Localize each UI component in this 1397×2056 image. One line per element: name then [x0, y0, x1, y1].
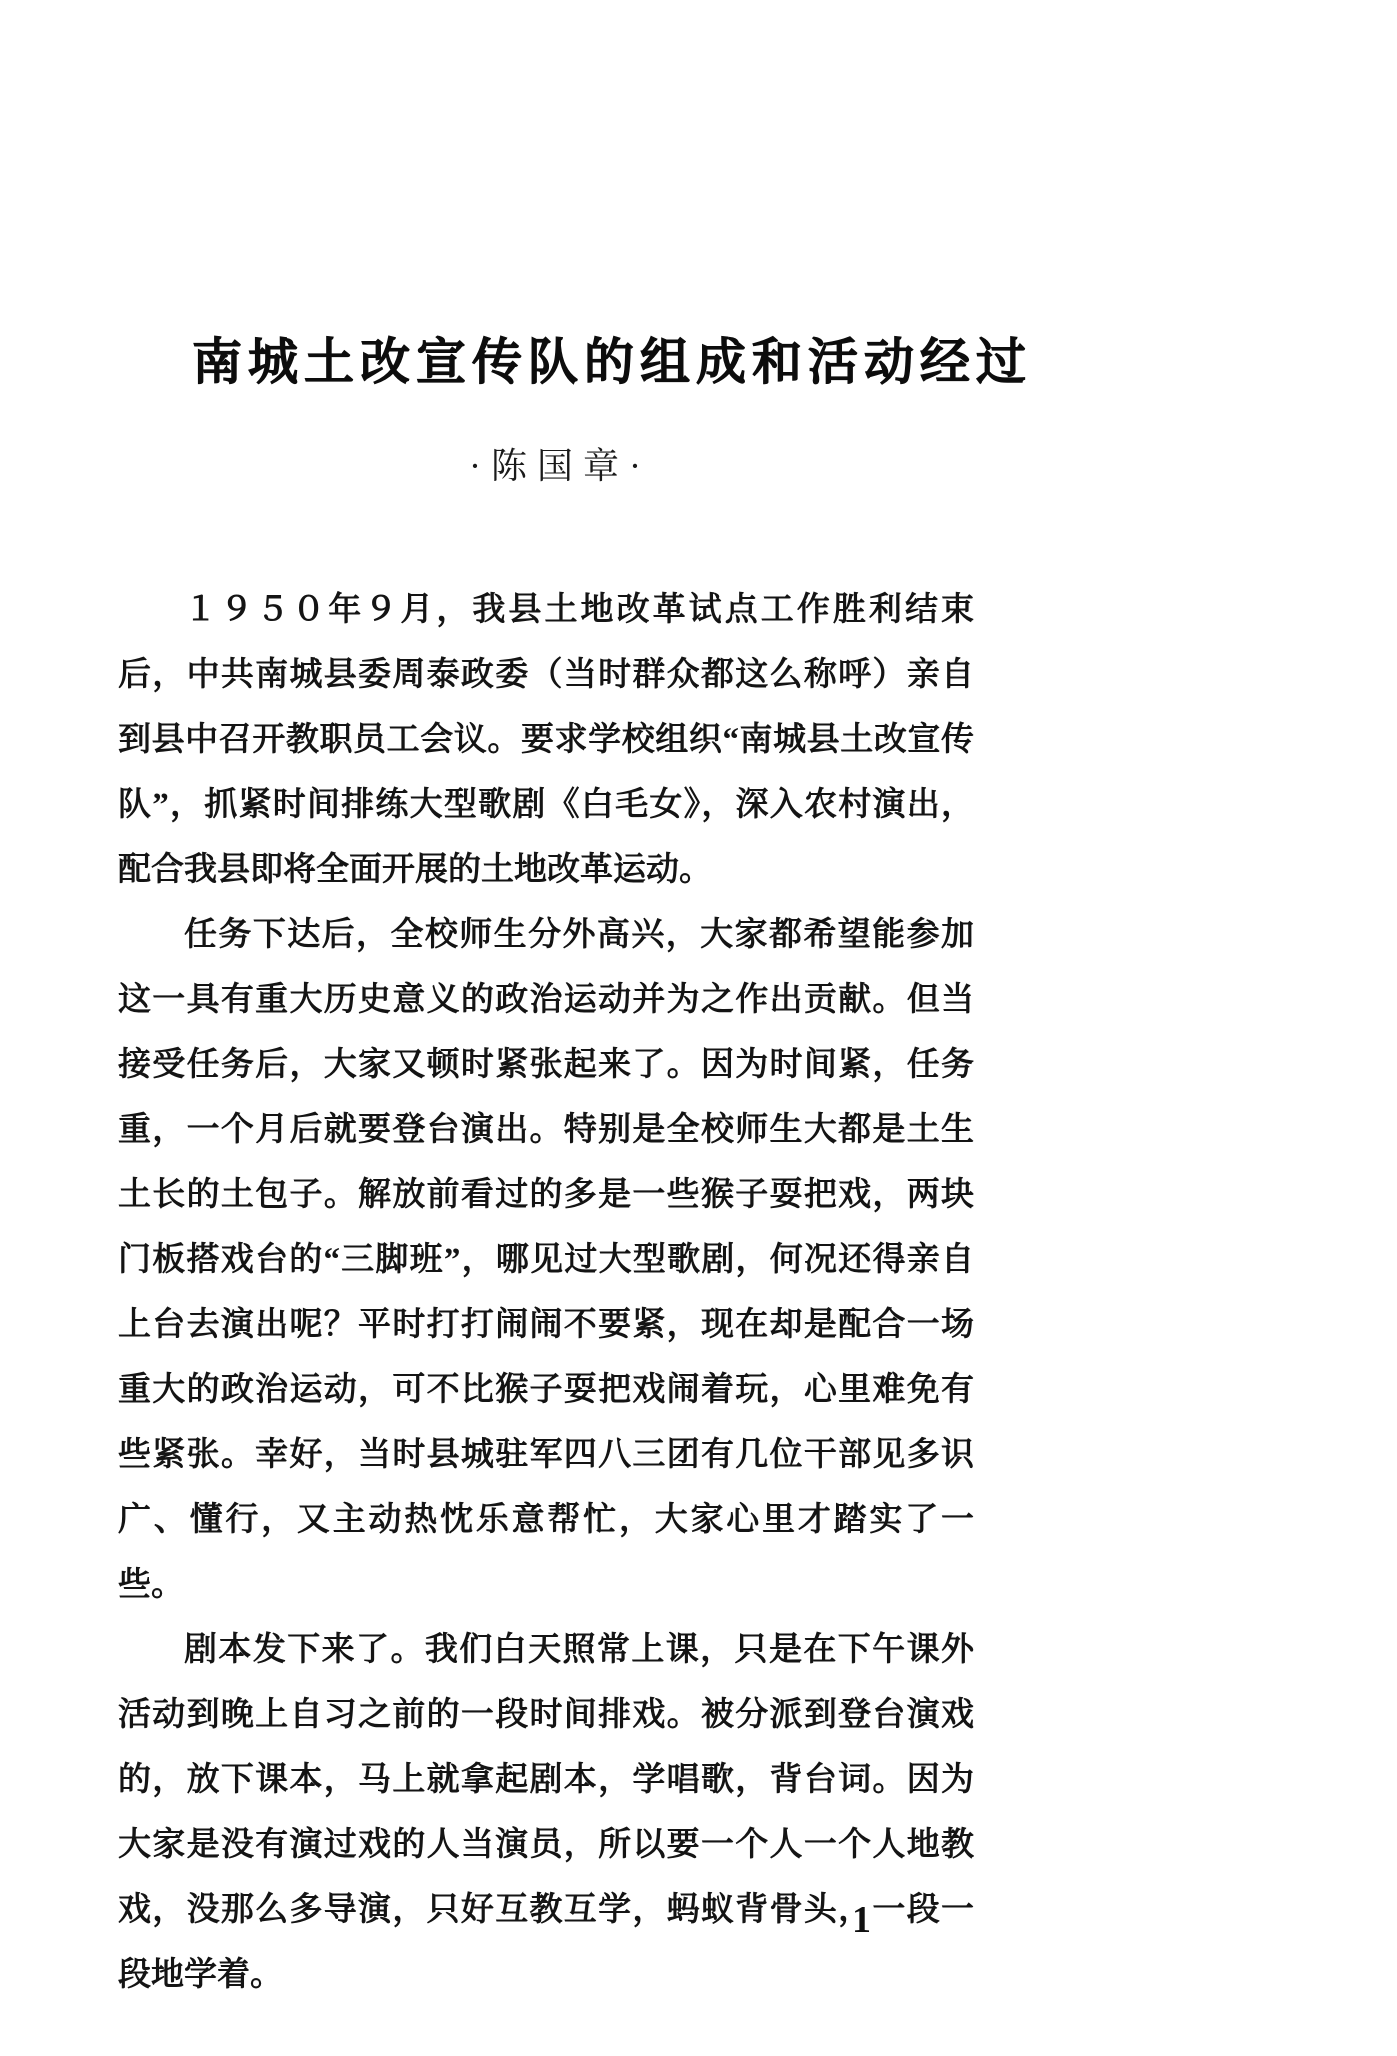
scanned-book-page: 南城土改宣传队的组成和活动经过 ·陈国章· １９５０年９月，我县土地改革试点工作… [0, 0, 1397, 2056]
article-body: １９５０年９月，我县土地改革试点工作胜利结束后，中共南城县委周泰政委（当时群众都… [118, 578, 974, 2008]
page-number: 1 [852, 1898, 871, 1942]
paragraph: 剧本发下来了。我们白天照常上课，只是在下午课外活动到晚上自习之前的一段时间排戏。… [118, 1618, 974, 2008]
article-author: ·陈国章· [0, 438, 1120, 489]
paragraph: １９５０年９月，我县土地改革试点工作胜利结束后，中共南城县委周泰政委（当时群众都… [118, 578, 974, 903]
article-title: 南城土改宣传队的组成和活动经过 [192, 322, 1012, 394]
paragraph: 任务下达后，全校师生分外高兴，大家都希望能参加这一具有重大历史意义的政治运动并为… [118, 903, 974, 1618]
